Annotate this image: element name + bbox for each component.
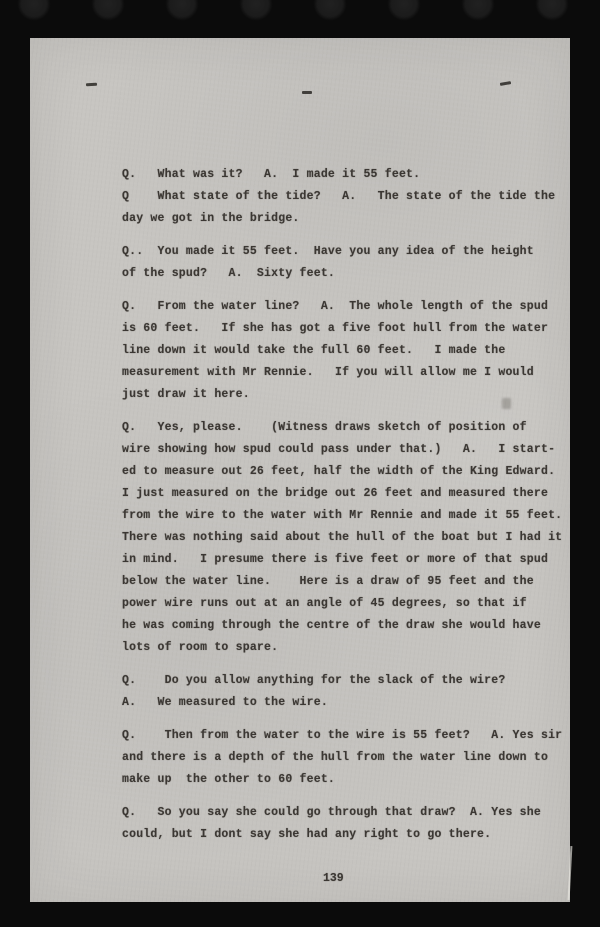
text-line: Q. Do you allow anything for the slack o…	[122, 670, 572, 692]
ink-dash-mark-center	[302, 91, 312, 94]
text-line: from the wire to the water with Mr Renni…	[122, 505, 572, 527]
text-line: below the water line. Here is a draw of …	[122, 571, 572, 593]
transcript-text: Q. What was it? A. I made it 55 feet. Q …	[122, 164, 572, 857]
text-line: could, but I dont say she had any right …	[122, 824, 572, 846]
scanned-document-view: { "colors": { "film": "#0b0b0b", "paper"…	[0, 0, 600, 927]
text-line: wire showing how spud could pass under t…	[122, 439, 572, 461]
paper-sheet: Q. What was it? A. I made it 55 feet. Q …	[30, 38, 570, 902]
text-line: ed to measure out 26 feet, half the widt…	[122, 461, 572, 483]
qa-paragraph-3: Q. From the water line? A. The whole len…	[122, 296, 572, 406]
text-line: Q.. You made it 55 feet. Have you any id…	[122, 241, 572, 263]
text-line: just draw it here.	[122, 384, 572, 406]
ink-dash-mark-left	[86, 83, 97, 87]
qa-paragraph-1: Q. What was it? A. I made it 55 feet. Q …	[122, 164, 572, 230]
text-line: make up the other to 60 feet.	[122, 769, 572, 791]
text-line: Q. What was it? A. I made it 55 feet.	[122, 164, 572, 186]
text-line: day we got in the bridge.	[122, 208, 572, 230]
text-line: of the spud? A. Sixty feet.	[122, 263, 572, 285]
text-line: Q. Yes, please. (Witness draws sketch of…	[122, 417, 572, 439]
text-line: in mind. I presume there is five feet or…	[122, 549, 572, 571]
film-scallop-pattern	[0, 0, 600, 38]
text-line: he was coming through the centre of the …	[122, 615, 572, 637]
text-line: Q. From the water line? A. The whole len…	[122, 296, 572, 318]
qa-paragraph-2: Q.. You made it 55 feet. Have you any id…	[122, 241, 572, 285]
ink-dash-mark-right	[500, 81, 511, 86]
text-line: measurement with Mr Rennie. If you will …	[122, 362, 572, 384]
text-line: Q. So you say she could go through that …	[122, 802, 572, 824]
text-line: lots of room to spare.	[122, 637, 572, 659]
text-line: is 60 feet. If she has got a five foot h…	[122, 318, 572, 340]
qa-paragraph-5: Q. Do you allow anything for the slack o…	[122, 670, 572, 714]
text-line: I just measured on the bridge out 26 fee…	[122, 483, 572, 505]
text-line: Q What state of the tide? A. The state o…	[122, 186, 572, 208]
qa-paragraph-4: Q. Yes, please. (Witness draws sketch of…	[122, 417, 572, 659]
qa-paragraph-6: Q. Then from the water to the wire is 55…	[122, 725, 572, 791]
text-line: A. We measured to the wire.	[122, 692, 572, 714]
text-line: There was nothing said about the hull of…	[122, 527, 572, 549]
text-line: power wire runs out at an angle of 45 de…	[122, 593, 572, 615]
qa-paragraph-7: Q. So you say she could go through that …	[122, 802, 572, 846]
page-number: 139	[323, 868, 344, 890]
text-line: and there is a depth of the hull from th…	[122, 747, 572, 769]
text-line: Q. Then from the water to the wire is 55…	[122, 725, 572, 747]
text-line: line down it would take the full 60 feet…	[122, 340, 572, 362]
